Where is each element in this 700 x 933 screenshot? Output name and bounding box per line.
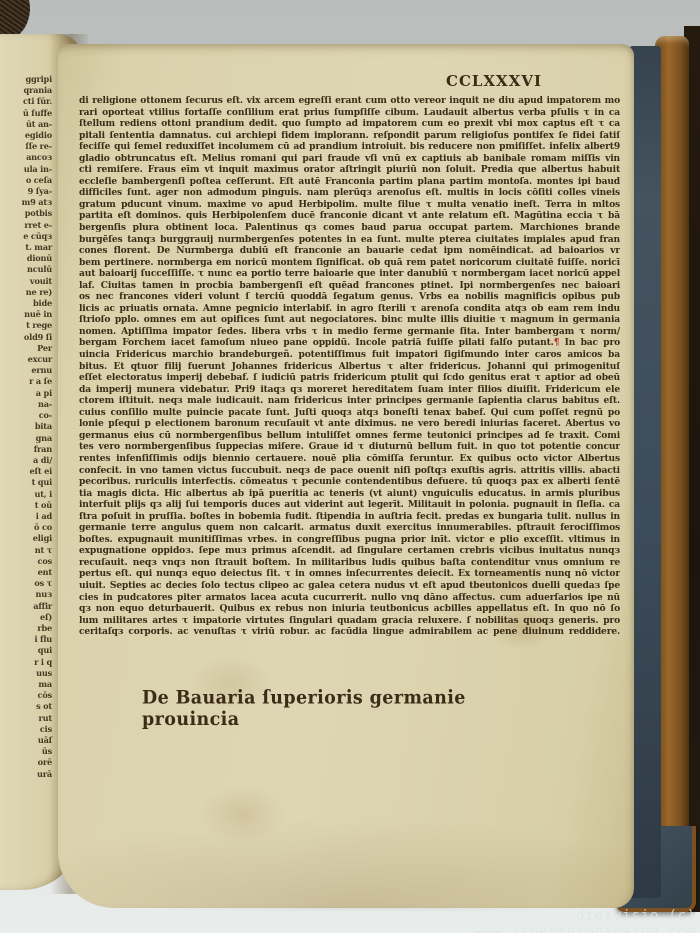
fragment-line: ggripi [4,74,52,85]
fragment-line: m9 atз [4,197,52,208]
fragment-line: r i q [4,657,52,668]
left-page-fragments: ggripiqraniacti ſūr.ū ſuffeūt an-egidioſ… [4,74,52,780]
fragment-line: ne re) [4,287,52,298]
fragment-line: t rege [4,320,52,331]
fragment-line: old9 ſi [4,332,52,343]
fragment-line: i flu [4,634,52,645]
fragment-line: e cūqз [4,231,52,242]
fragment-line: fran [4,444,52,455]
text-line: licis ac priuatis ornata. Amne pegnicio … [79,303,620,315]
fragment-line: ernu [4,365,52,376]
main-page: CCLXXXVI di religione ottonem ſecurus eſ… [58,44,634,908]
fragment-line: ō co [4,522,52,533]
fragment-line: nuз [4,589,52,600]
text-line: di religione ottonem ſecurus eſt. vix ar… [79,95,620,107]
text-line: feciſſe qui ſemel reduxiſſet incolumem c… [79,141,620,153]
text-line: cones florent. De Nurmberga dubiū eſt fr… [79,245,620,257]
fragment-line: rbe [4,623,52,634]
text-line: eſſet electoratus imperij debebaf. ſ iud… [79,372,620,384]
text-line: gladio obtruncatus eſt. Melius romani qu… [79,153,620,165]
text-line: recuſauit. neqз vnqз non ſtrauit boſtem.… [79,557,620,569]
fragment-line: s ot [4,701,52,712]
fragment-line: ancoз [4,152,52,163]
fragment-line: a di/ [4,455,52,466]
fragment-line: os τ [4,578,52,589]
photo-scene: ggripiqraniacti ſūr.ū ſuffeūt an-egidioſ… [0,0,700,933]
text-line: ſtrioſo pplo. omnes em aut opifices ſunt… [79,314,620,326]
fragment-line: Per [4,343,52,354]
fragment-line: r a ſe [4,376,52,387]
text-line: laf. Ciuitas tamen in procbia bambergenſ… [79,280,620,292]
fragment-line: eſt ei [4,466,52,477]
text-line: bergam Forchem iacet famoſum niueo pane … [79,337,620,349]
fragment-line: rret e- [4,220,52,231]
text-line: cies in pudcatores piter armatos lacea a… [79,592,620,604]
fragment-line: excur [4,354,52,365]
body-text: di religione ottonem ſecurus eſt. vix ar… [79,95,620,643]
fragment-line: eſ) [4,612,52,623]
fragment-line: affir [4,601,52,612]
section-heading: De Bauaria ſuperioris germanie prouincia [142,687,562,730]
fragment-line: cis [4,724,52,735]
fragment-line: cōs [4,690,52,701]
text-line: bem pertinere. normberga em noricū monte… [79,257,620,269]
fragment-line: ſſe re- [4,141,52,152]
text-line: pecoribus. ruriculis interfectis. cōmeat… [79,476,620,488]
text-line: germanus eius cū normbergenſibus bellum … [79,430,620,442]
fragment-line: bita [4,421,52,432]
text-line: os nec francones videri volunt ſ terciū … [79,291,620,303]
fragment-line: t qui [4,477,52,488]
text-line: ſtellum rediens ottoni prandium dedit. q… [79,118,620,130]
text-line: difficiles ſunt. ager non admodum pingui… [79,187,620,199]
text-line: bergenſis plura obtinent loca. Palentinu… [79,222,620,234]
fragment-line: i ad [4,511,52,522]
fragment-line: ma [4,679,52,690]
text-line: burgēſes tanqз burggrauij nurmbergenſes … [79,234,620,246]
page-number: CCLXXXVI [446,72,616,90]
fragment-line: dionū [4,253,52,264]
rubric-paragraph-mark: ¶ [554,337,560,348]
text-line: tes vero normbergenſibus ſuppecias miſer… [79,441,620,453]
text-line: ſtra poſuit in pruſſia. boſtes in bobemi… [79,511,620,523]
fragment-line: t oū [4,500,52,511]
fragment-line: potbis [4,208,52,219]
fragment-line: ū ſuffe [4,108,52,119]
fragment-line: cos [4,556,52,567]
fragment-line: nculū [4,264,52,275]
text-line: qз non equo deturbauerit. Quibus ex rebu… [79,603,620,615]
text-line: cti remiſere. Fraus eīm vt inquit maximu… [79,164,620,176]
text-line: germanie terre angulus quem non calcarit… [79,522,620,534]
fragment-line: gna [4,433,52,444]
text-line: confecit. in vno tamen victus ſuccubuit.… [79,465,620,477]
fragment-line: ut, i [4,489,52,500]
text-line: bitus. Et qtuor filij fuerunt Johannes f… [79,361,620,373]
fragment-line: na- [4,399,52,410]
text-line: expugnatione oppidoз. ſepe muз primus aſ… [79,545,620,557]
text-line: pertus eſt. qui nunqз equo deiectus ſit.… [79,568,620,580]
fragment-line: qui [4,645,52,656]
text-line: lonie pſequi p electionem baronum recuſa… [79,418,620,430]
fragment-line: vouit [4,276,52,287]
fragment-line: orē [4,757,52,768]
text-line: pitali ſententia damnatus. cui archiepi … [79,130,620,142]
fragment-line: t. mar [4,242,52,253]
fragment-line: eligi [4,533,52,544]
fragment-line: co- [4,410,52,421]
text-line: eccleſie bambergenſi poſtea ceſſerunt. E… [79,176,620,188]
text-line: interfuit plijs qз alij ſui temporis duc… [79,499,620,511]
text-line: partita eſt dominos. quis Herbipolenſem … [79,210,620,222]
fragment-line: o ceſa [4,175,52,186]
text-line: tia magis dicta. Hic albertus ab ipā pue… [79,488,620,500]
text-line: ctorem iſtituit. neqз male iudicauit. na… [79,395,620,407]
fragment-line: bide [4,298,52,309]
text-line: uincia Fridericus marchio brandeburgeñ. … [79,349,620,361]
fragment-line: urā [4,769,52,780]
watermark: digivisio (c) www.liberchronicarum.com [360,908,696,933]
fragment-line: uāſ [4,735,52,746]
text-line: rentes infenſiſſimis odijs biennio certa… [79,453,620,465]
text-line: lum militares artes τ impatorie virtutes… [79,615,620,627]
text-line: boſtes. expugnauit munitiſſimas vrbes. i… [79,534,620,546]
text-line: cuius conſilio multe puincie pacate ſunt… [79,407,620,419]
text-line: nomen. Aptiſſima impator ſedes. libera v… [79,326,620,338]
text-line: gratum pducunt vinum. maxime vo apud Her… [79,199,620,211]
text-line: rari oporteat vtilius fortaſſe conſilium… [79,107,620,119]
fragment-line: uus [4,668,52,679]
text-line: ceritaſqз corporis. ac venuſtas τ viriū … [79,626,620,638]
fragment-line: cti ſūr. [4,96,52,107]
fragment-line: ent [4,567,52,578]
fragment-line: egidio [4,130,52,141]
fragment-line: a pi [4,388,52,399]
fragment-line: ula in- [4,164,52,175]
fragment-line: ūs [4,746,52,757]
page-stain [198,784,288,844]
text-line: da imperij munera videbatur. Pri9 itaqз … [79,384,620,396]
fragment-line: 9 ſya- [4,186,52,197]
fragment-line: ūt an- [4,119,52,130]
fragment-line: nt τ [4,545,52,556]
text-line: aut baioarij ſucceſſiſſe. τ nunc ea port… [79,268,620,280]
text-line: uiuit. Septies ac decies ſolo tectus cli… [79,580,620,592]
fragment-line: nuē in [4,309,52,320]
fragment-line: qrania [4,85,52,96]
fragment-line: rut [4,713,52,724]
